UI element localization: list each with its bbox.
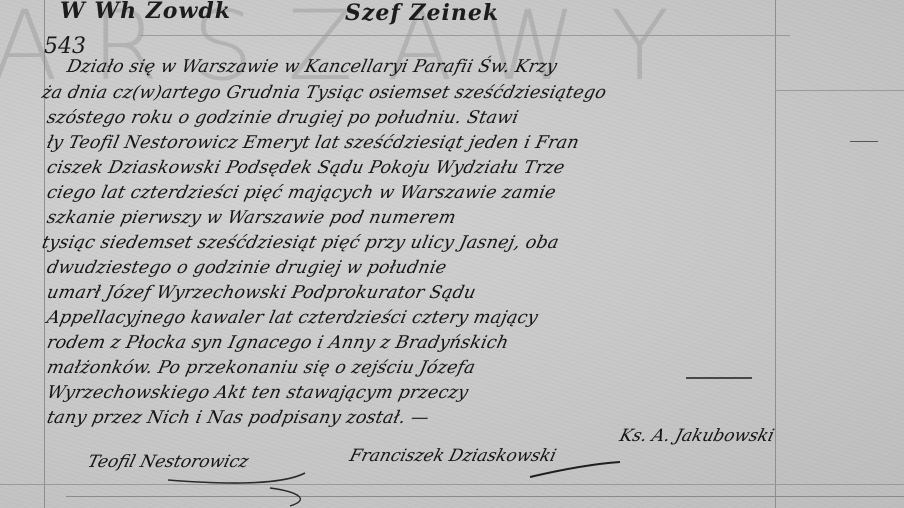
document-scan: ARSZAWY W Wh Zowdk Szef Zeinek 543 Dział… [0,0,904,508]
signature-flourish-icon [0,0,904,508]
